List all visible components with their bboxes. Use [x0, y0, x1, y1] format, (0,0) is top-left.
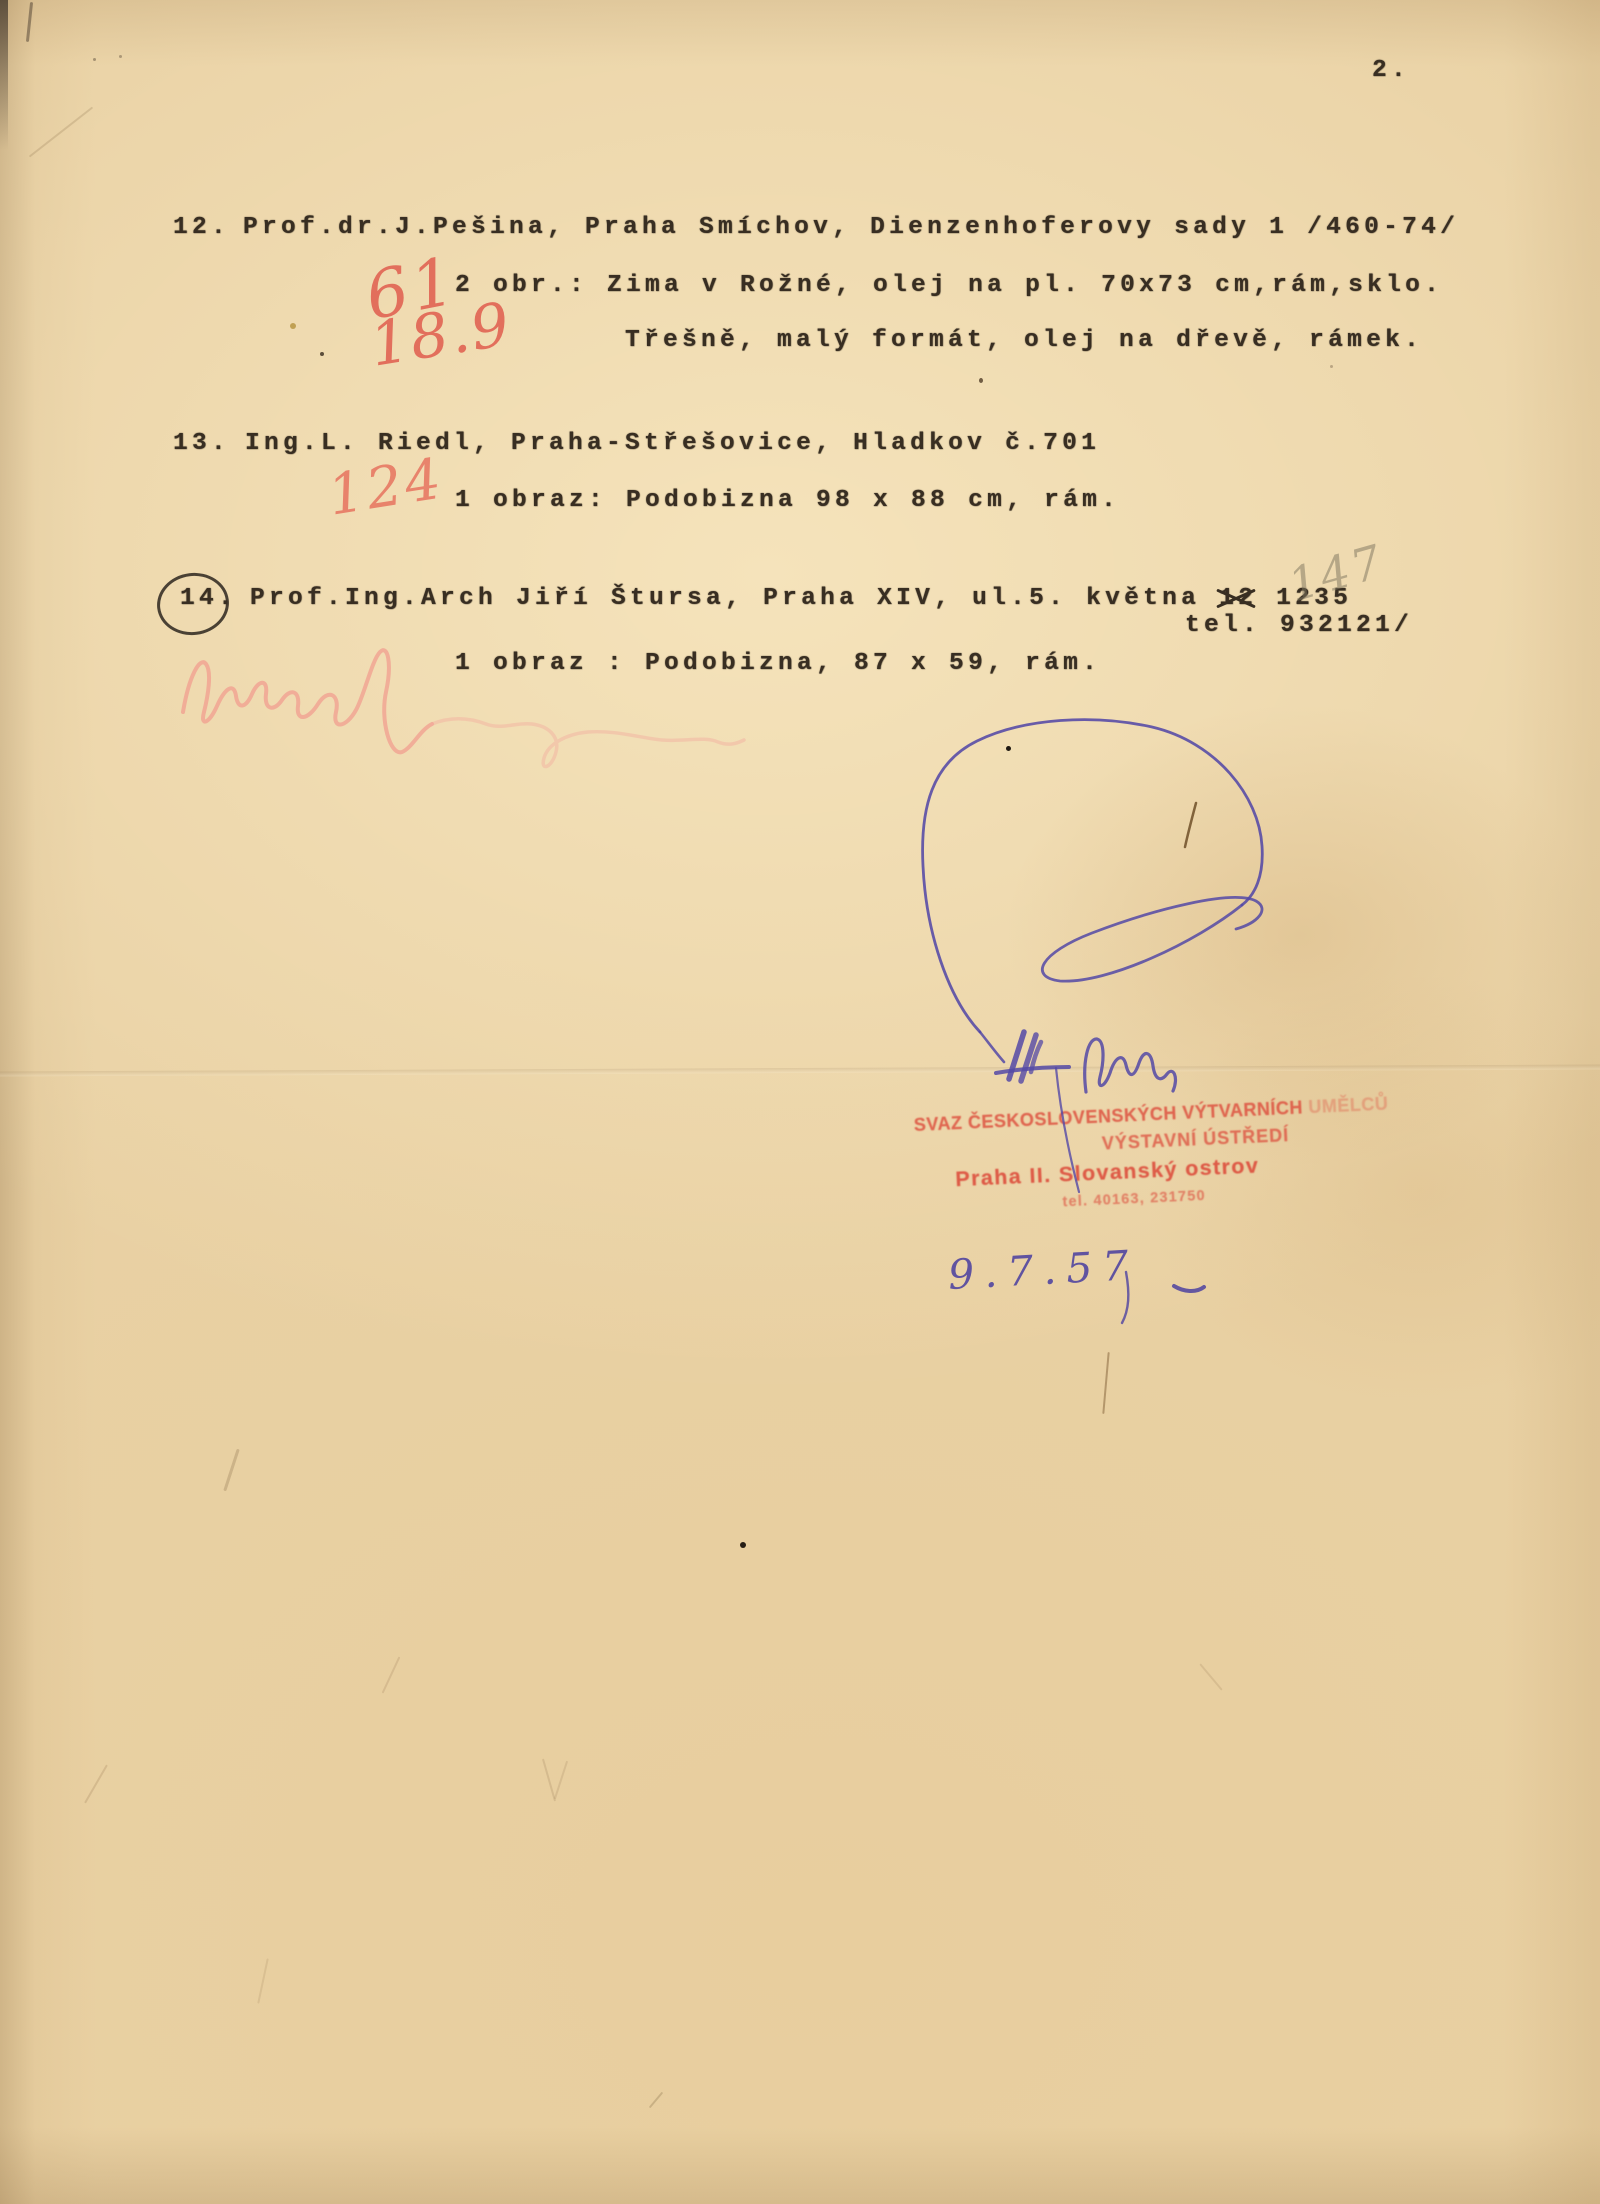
blue-pen-loop: [923, 720, 1263, 1032]
ink-strokes-layer: [0, 0, 1600, 2204]
signature-descender: [1056, 1068, 1079, 1192]
blue-pen-loop-tail: [980, 1032, 1004, 1062]
brown-slash-mark: [1185, 803, 1196, 847]
date-dash: [1174, 1286, 1204, 1291]
signature-scribble: [1085, 1039, 1176, 1092]
date-seven-tail: [1122, 1272, 1128, 1323]
pink-scrawl-main: [183, 650, 432, 752]
pink-scrawl-tail: [432, 719, 744, 767]
document-page: 2. 12. Prof.dr.J.Pešina, Praha Smíchov, …: [0, 0, 1600, 2204]
blue-pen-inner-ellipse: [1042, 898, 1262, 982]
